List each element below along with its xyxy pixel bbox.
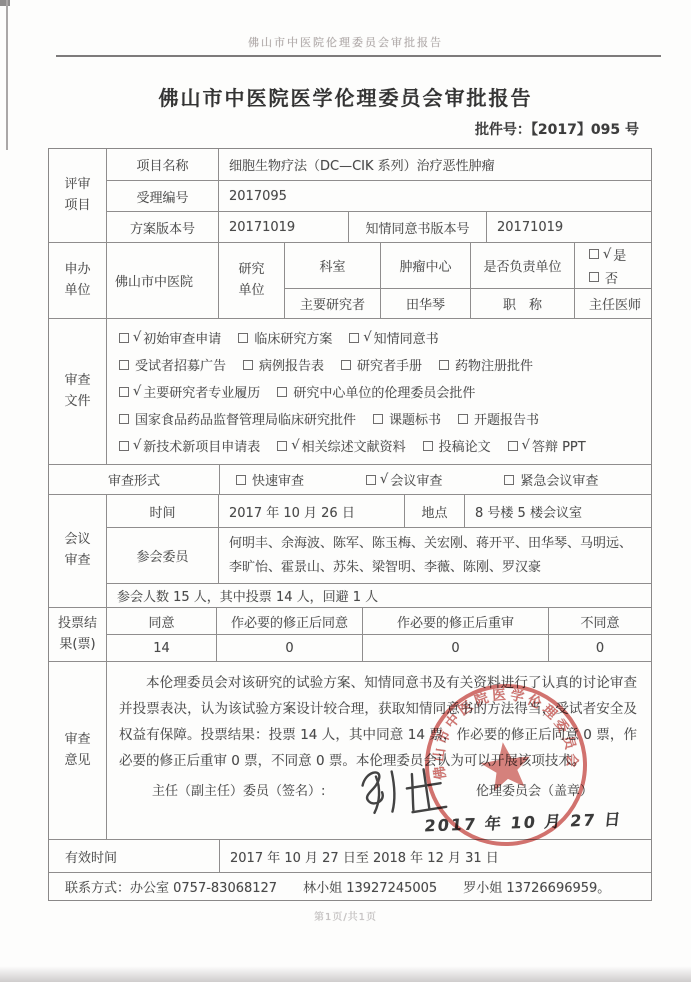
checkbox-item: 研究中心单位的伦理委员会批件 bbox=[277, 382, 475, 401]
checkbox-item: √答辩 PPT bbox=[508, 436, 586, 455]
checkbox-label: 紧急会议审查 bbox=[520, 470, 598, 489]
checkbox-label: 快速审查 bbox=[252, 470, 304, 489]
document-checklist: √初始审查申请 临床研究方案 √知情同意书 受试者招募广告 病例报告表 研究者手… bbox=[106, 318, 651, 464]
checkbox-icon bbox=[119, 387, 129, 397]
checkbox-item: 药物注册批件 bbox=[439, 355, 533, 374]
checkbox-item: √主要研究者专业履历 bbox=[119, 382, 260, 401]
pi-name: 田华琴 bbox=[380, 288, 470, 318]
checkbox-icon bbox=[589, 249, 599, 259]
section-label: 审查意见 bbox=[49, 661, 106, 839]
checkbox-icon bbox=[349, 333, 359, 343]
responsible-unit-options: √是 否 bbox=[574, 242, 651, 288]
members-list: 何明丰、余海波、陈军、陈玉梅、关宏刚、蒋开平、田华琴、马明远、李旷怡、霍景山、苏… bbox=[218, 527, 651, 583]
checkbox-icon bbox=[243, 360, 253, 370]
checkbox-label: 受试者招募广告 bbox=[135, 355, 226, 374]
checkbox-item: √知情同意书 bbox=[349, 328, 438, 347]
checklist-row: √初始审查申请 临床研究方案 √知情同意书 bbox=[111, 324, 647, 351]
checkbox-label: 是 bbox=[613, 245, 626, 264]
checkbox-icon bbox=[373, 414, 383, 424]
department-value: 肿瘤中心 bbox=[380, 242, 470, 288]
project-name-value: 细胞生物疗法（DC—CIK 系列）治疗恶性肿瘤 bbox=[218, 149, 651, 180]
checkbox-label: 初始审查申请 bbox=[143, 328, 221, 347]
protocol-version-label: 方案版本号 bbox=[106, 211, 218, 242]
vote-value: 0 bbox=[362, 634, 548, 661]
section-review-form: 审查形式 快速审查 √会议审查 紧急会议审查 bbox=[49, 464, 651, 494]
checkbox-item: 快速审查 bbox=[236, 470, 304, 489]
validity-label: 有效时间 bbox=[49, 839, 219, 872]
checkbox-item: √会议审查 bbox=[366, 470, 442, 489]
checkbox-label: 主要研究者专业履历 bbox=[143, 382, 260, 401]
checkbox-item: 紧急会议审查 bbox=[504, 470, 598, 489]
checkmark: √ bbox=[133, 330, 141, 345]
checkbox-label: 新技术新项目申请表 bbox=[143, 436, 260, 455]
checkmark: √ bbox=[603, 247, 611, 262]
checkbox-icon bbox=[119, 441, 129, 451]
checkmark: √ bbox=[291, 438, 299, 453]
checklist-row: √新技术新项目申请表 √相关综述文献资料 投稿论文 √答辩 PPT bbox=[111, 432, 647, 459]
page-number: 第1页/共1页 bbox=[0, 908, 691, 923]
checkbox-item: 国家食品药品监督管理局临床研究批件 bbox=[119, 409, 356, 428]
scan-edge-shadow bbox=[0, 966, 691, 982]
responsible-unit-label: 是否负责单位 bbox=[470, 242, 574, 288]
checkmark: √ bbox=[522, 438, 530, 453]
checkbox-icon bbox=[341, 360, 351, 370]
checkbox-icon bbox=[238, 333, 248, 343]
meeting-place-value: 8 号楼 5 楼会议室 bbox=[464, 494, 651, 527]
checkbox-icon bbox=[236, 475, 246, 485]
scanned-document-page: 佛山市中医院伦理委员会审批报告 佛山市中医院医学伦理委员会审批报告 批件号：【2… bbox=[0, 0, 691, 982]
checkbox-icon bbox=[366, 475, 376, 485]
checkbox-label: 病例报告表 bbox=[259, 355, 324, 374]
section-review-opinion: 审查意见 本伦理委员会对该研究的试验方案、知情同意书及有关资料进行了认真的讨论审… bbox=[49, 661, 651, 839]
protocol-version-value: 20171019 bbox=[218, 211, 348, 242]
vote-header: 同意 bbox=[106, 607, 216, 634]
checklist-row: 受试者招募广告 病例报告表 研究者手册 药物注册批件 bbox=[111, 351, 647, 378]
checkmark: √ bbox=[133, 384, 141, 399]
meeting-place-label: 地点 bbox=[404, 494, 464, 527]
checkbox-item: 否 bbox=[589, 268, 618, 287]
pi-title-value: 主任医师 bbox=[574, 288, 651, 318]
page-title: 佛山市中医院医学伦理委员会审批报告 bbox=[0, 82, 691, 111]
checkbox-item: √相关综述文献资料 bbox=[277, 436, 405, 455]
pi-title-label: 职 称 bbox=[470, 288, 574, 318]
approval-form-table: 评审项目 项目名称 细胞生物疗法（DC—CIK 系列）治疗恶性肿瘤 受理编号 2… bbox=[48, 148, 652, 901]
section-label: 评审项目 bbox=[49, 149, 106, 242]
running-header: 佛山市中医院伦理委员会审批报告 bbox=[0, 0, 691, 50]
section-validity: 有效时间 2017 年 10 月 27 日至 2018 年 12 月 31 日 bbox=[49, 839, 651, 872]
contact-line: 联系方式：办公室 0757-83068127 林小姐 13927245005 罗… bbox=[49, 872, 651, 900]
acceptance-no-label: 受理编号 bbox=[106, 180, 218, 211]
checkmark: √ bbox=[133, 438, 141, 453]
section-review-project: 评审项目 项目名称 细胞生物疗法（DC—CIK 系列）治疗恶性肿瘤 受理编号 2… bbox=[49, 149, 651, 242]
checkbox-item: 临床研究方案 bbox=[238, 328, 332, 347]
checkbox-icon bbox=[508, 441, 518, 451]
vote-value: 14 bbox=[106, 634, 216, 661]
meeting-time-value: 2017 年 10 月 26 日 bbox=[218, 494, 404, 527]
checkmark: √ bbox=[380, 472, 388, 487]
vote-value: 0 bbox=[216, 634, 362, 661]
opinion-paragraph: 本伦理委员会对该研究的试验方案、知情同意书及有关资料进行了认真的讨论审查并投票表… bbox=[107, 662, 651, 774]
section-label: 投票结果(票) bbox=[49, 607, 106, 661]
checkbox-label: 知情同意书 bbox=[374, 328, 439, 347]
opinion-content: 本伦理委员会对该研究的试验方案、知情同意书及有关资料进行了认真的讨论审查并投票表… bbox=[106, 661, 651, 839]
department-label: 科室 bbox=[284, 242, 380, 288]
review-form-label: 审查形式 bbox=[49, 464, 219, 494]
checkbox-label: 投稿论文 bbox=[439, 436, 491, 455]
checklist-row: √主要研究者专业履历 研究中心单位的伦理委员会批件 bbox=[111, 378, 647, 405]
checkbox-icon bbox=[423, 441, 433, 451]
section-label: 申办单位 bbox=[49, 242, 106, 318]
checkmark: √ bbox=[363, 330, 371, 345]
project-name-label: 项目名称 bbox=[106, 149, 218, 180]
section-meeting-review: 会议审查 时间 2017 年 10 月 26 日 地点 8 号楼 5 楼会议室 … bbox=[49, 494, 651, 607]
checkbox-icon bbox=[439, 360, 449, 370]
checkbox-label: 研究中心单位的伦理委员会批件 bbox=[293, 382, 475, 401]
checkbox-label: 开题报告书 bbox=[474, 409, 539, 428]
committee-seal-label: 伦理委员会（盖章） bbox=[476, 780, 593, 799]
checkbox-icon bbox=[277, 387, 287, 397]
checkbox-label: 答辩 PPT bbox=[532, 436, 586, 455]
checkbox-item: 开题报告书 bbox=[458, 409, 539, 428]
approval-number-line: 批件号：【2017】095 号 bbox=[0, 119, 691, 139]
checkbox-icon bbox=[119, 360, 129, 370]
sponsor-org-name: 佛山市中医院 bbox=[106, 242, 218, 318]
checkbox-item: √新技术新项目申请表 bbox=[119, 436, 260, 455]
checkbox-label: 相关综述文献资料 bbox=[302, 436, 406, 455]
checkbox-item: 病例报告表 bbox=[243, 355, 324, 374]
vote-header: 作必要的修正后重审 bbox=[362, 607, 548, 634]
vote-header: 作必要的修正后同意 bbox=[216, 607, 362, 634]
signature-row: 主任（副主任）委员（签名）: 伦理委员会（盖章） bbox=[107, 780, 651, 799]
checkbox-item: 受试者招募广告 bbox=[119, 355, 226, 374]
checkbox-label: 临床研究方案 bbox=[254, 328, 332, 347]
checkbox-icon bbox=[277, 441, 287, 451]
vote-header: 不同意 bbox=[548, 607, 651, 634]
checkbox-icon bbox=[119, 414, 129, 424]
checkbox-item: 研究者手册 bbox=[341, 355, 422, 374]
section-sponsor: 申办单位 佛山市中医院 研究单位 科室 肿瘤中心 是否负责单位 √是 否 主要研… bbox=[49, 242, 651, 318]
checkbox-icon bbox=[119, 333, 129, 343]
section-label: 会议审查 bbox=[49, 494, 106, 607]
vote-value: 0 bbox=[548, 634, 651, 661]
research-unit-label: 研究单位 bbox=[218, 242, 284, 318]
section-label: 审查文件 bbox=[49, 318, 106, 464]
checkbox-item: 投稿论文 bbox=[423, 436, 491, 455]
validity-value: 2017 年 10 月 27 日至 2018 年 12 月 31 日 bbox=[219, 839, 651, 872]
checkbox-label: 国家食品药品监督管理局临床研究批件 bbox=[135, 409, 356, 428]
consent-version-label: 知情同意书版本号 bbox=[348, 211, 486, 242]
approval-number-label: 批件号： bbox=[475, 122, 531, 138]
checklist-row: 国家食品药品监督管理局临床研究批件 课题标书 开题报告书 bbox=[111, 405, 647, 432]
checkbox-item: √是 bbox=[589, 245, 626, 264]
checkbox-icon bbox=[589, 272, 599, 282]
checkbox-label: 否 bbox=[605, 268, 618, 287]
checkbox-icon bbox=[504, 475, 514, 485]
chair-signature-label: 主任（副主任）委员（签名）: bbox=[152, 780, 325, 799]
checkbox-item: √初始审查申请 bbox=[119, 328, 221, 347]
scan-artifact bbox=[6, 0, 8, 150]
checkbox-label: 药物注册批件 bbox=[455, 355, 533, 374]
checkbox-label: 会议审查 bbox=[390, 470, 442, 489]
checkbox-label: 课题标书 bbox=[389, 409, 441, 428]
header-rule bbox=[56, 55, 661, 57]
checkbox-item: 课题标书 bbox=[373, 409, 441, 428]
handwritten-date: 2017 年 10 月 27 日 bbox=[423, 807, 623, 837]
meeting-time-label: 时间 bbox=[106, 494, 218, 527]
attendance-summary: 参会人数 15 人，其中投票 14 人，回避 1 人 bbox=[106, 583, 651, 607]
scan-artifact bbox=[0, 0, 10, 6]
review-form-options: 快速审查 √会议审查 紧急会议审查 bbox=[219, 464, 651, 494]
section-vote-result: 投票结果(票) 同意 作必要的修正后同意 作必要的修正后重审 不同意 14 0 … bbox=[49, 607, 651, 661]
checkbox-label: 研究者手册 bbox=[357, 355, 422, 374]
pi-label: 主要研究者 bbox=[284, 288, 380, 318]
section-review-documents: 审查文件 √初始审查申请 临床研究方案 √知情同意书 受试者招募广告 病例报告表… bbox=[49, 318, 651, 464]
members-label: 参会委员 bbox=[106, 527, 218, 583]
consent-version-value: 20171019 bbox=[486, 211, 651, 242]
checkbox-icon bbox=[458, 414, 468, 424]
section-contact: 联系方式：办公室 0757-83068127 林小姐 13927245005 罗… bbox=[49, 872, 651, 900]
acceptance-no-value: 2017095 bbox=[218, 180, 651, 211]
approval-number: 【2017】095 号 bbox=[531, 122, 639, 138]
